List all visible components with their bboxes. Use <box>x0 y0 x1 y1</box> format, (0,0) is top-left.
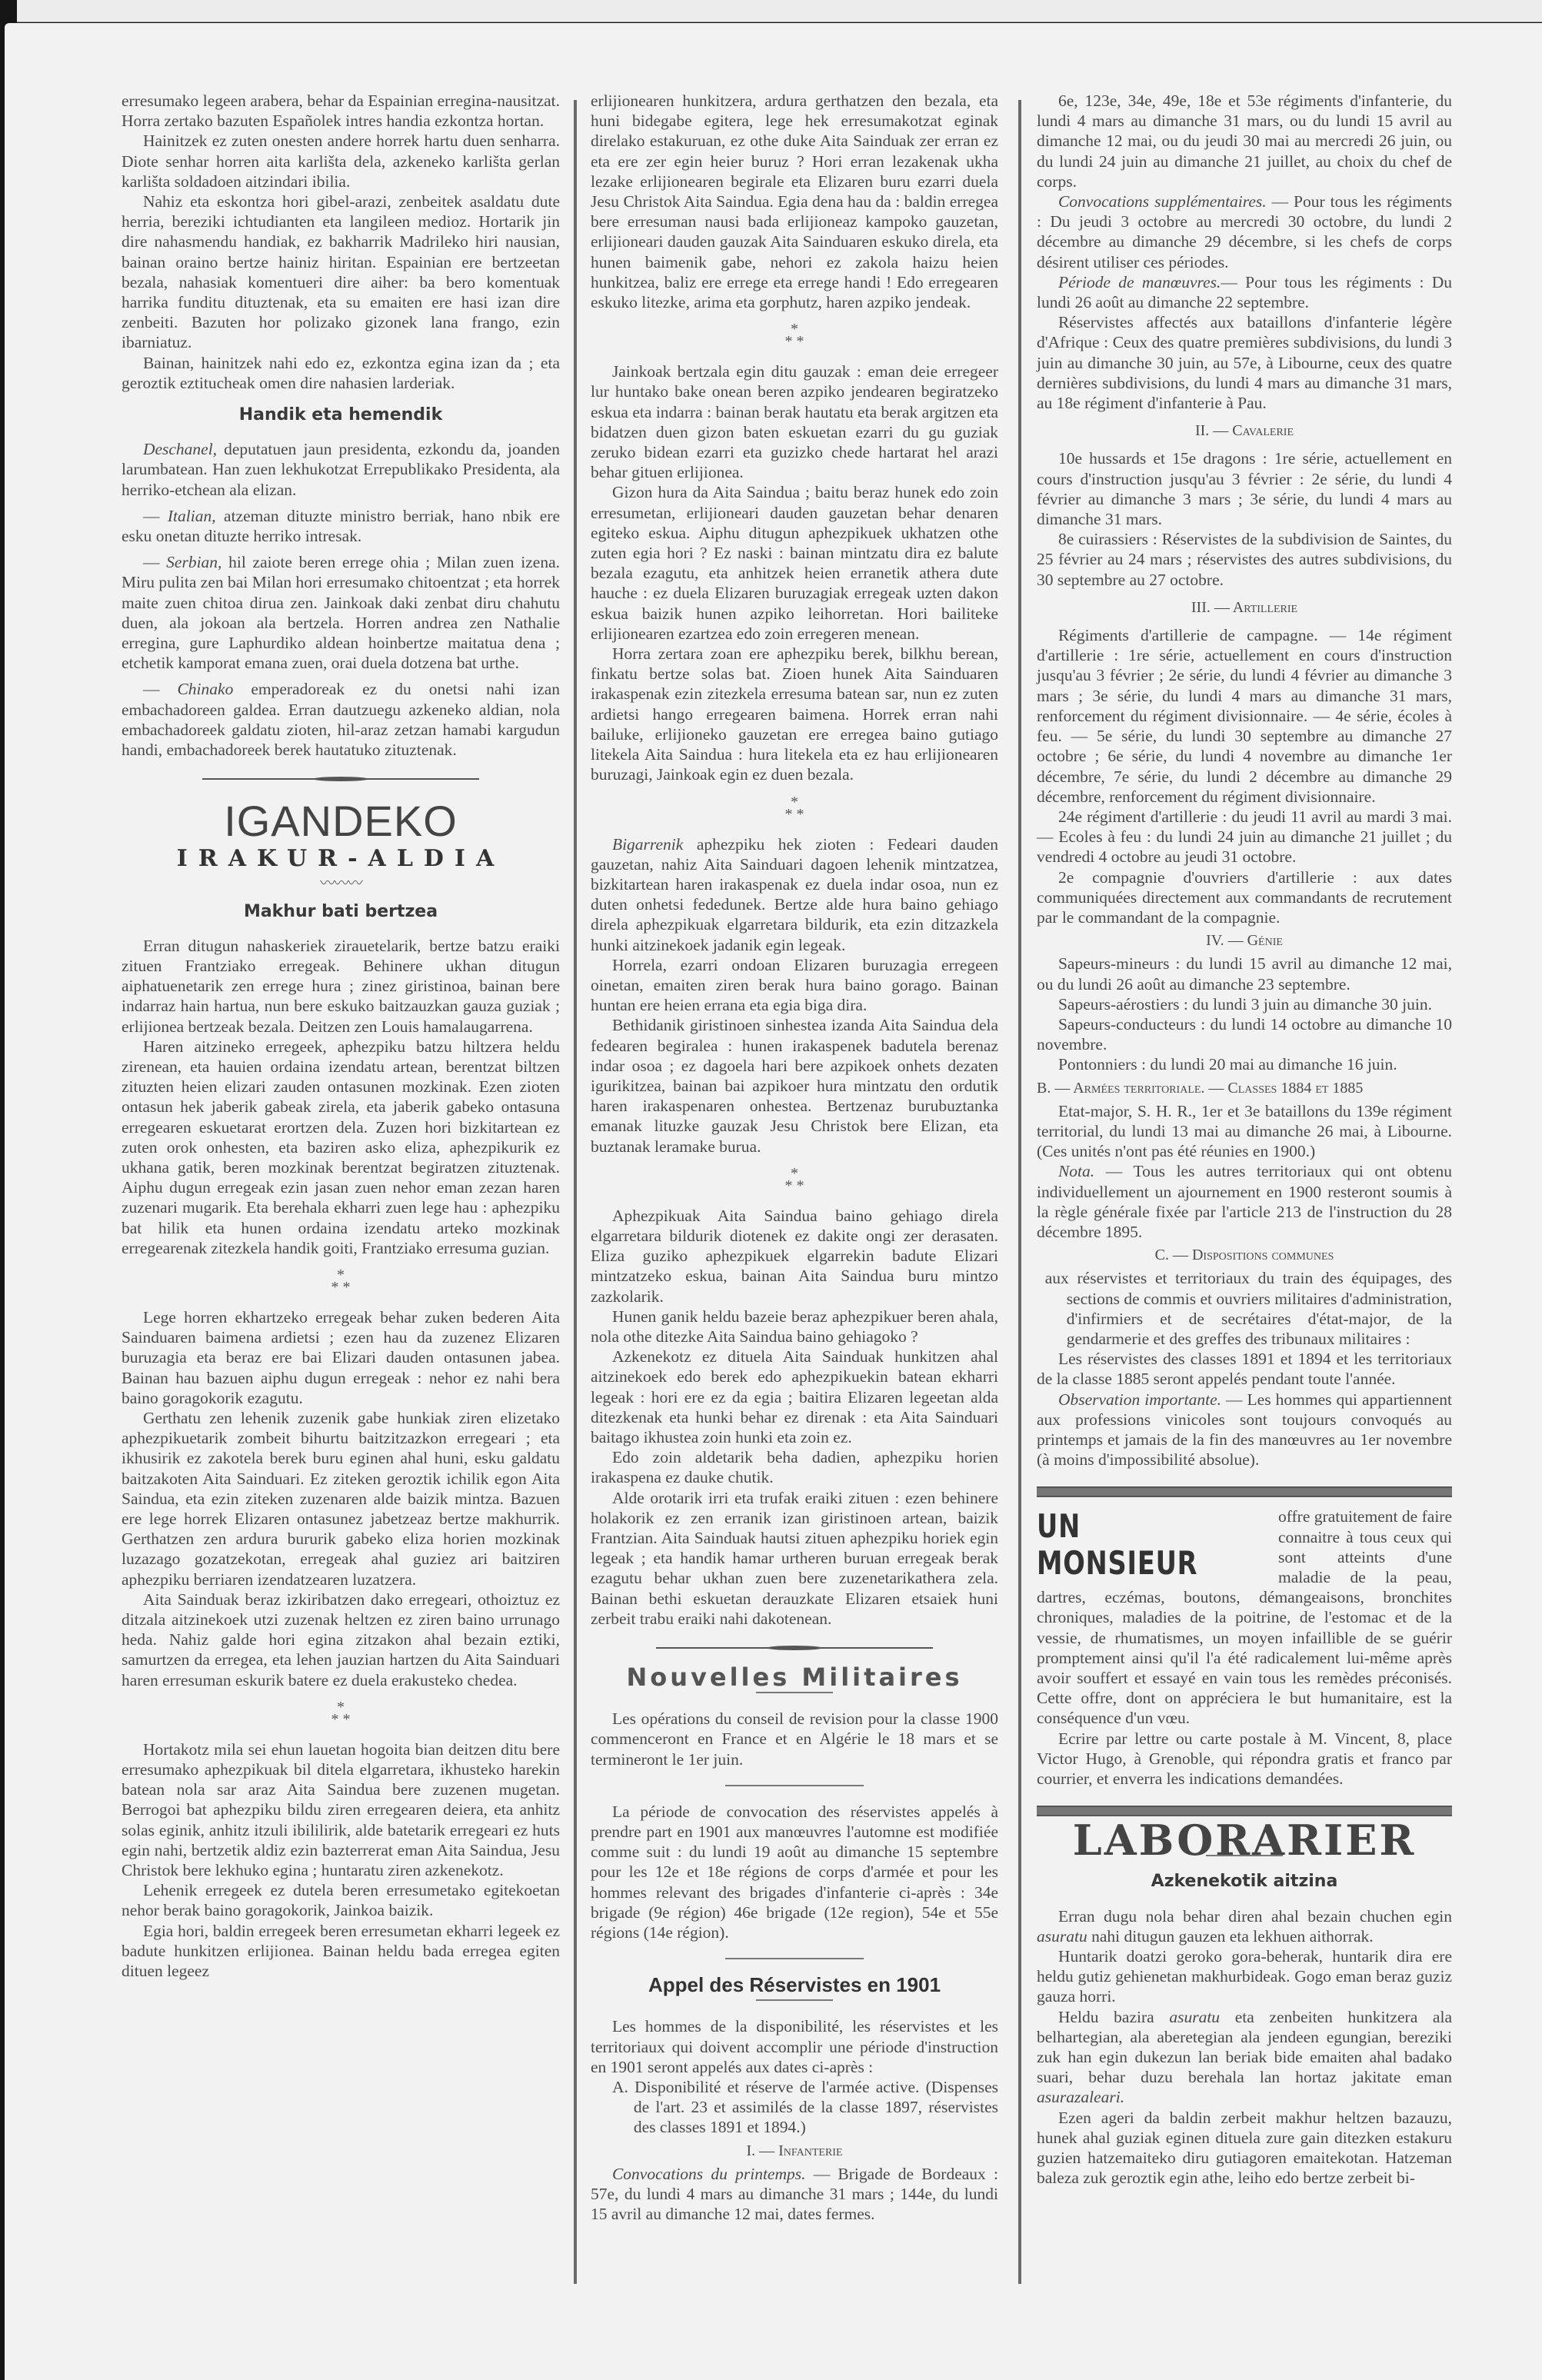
news-item: — Serbian, hil zaiote beren errege ohia … <box>122 552 560 673</box>
lead-phrase: Observation importante. <box>1058 1390 1221 1409</box>
wave-ornament: 〰〰〰 <box>122 877 560 890</box>
paragraph: Sapeurs-mineurs : du lundi 15 avril au d… <box>1037 954 1452 994</box>
paragraph: Ezen ageri da baldin zerbeit makhur helt… <box>1037 2108 1452 2189</box>
paragraph: Convocations du printemps. — Brigade de … <box>591 2164 998 2225</box>
divider <box>756 1999 833 2001</box>
paragraph: Horra zertara zoan ere aphezpiku berek, … <box>591 644 998 784</box>
lead-phrase: Période de manœuvres. <box>1058 273 1221 291</box>
paragraph: Hainitzek ez zuten onesten andere horrek… <box>122 131 560 191</box>
advert-contact: Ecrire par lettre ou carte postale à M. … <box>1037 1729 1452 1789</box>
paragraph: Edo zoin aldetarik beha dadien, aphezpik… <box>591 1447 998 1487</box>
section-heading: B. — Armées territoriale. — Classes 1884… <box>1037 1078 1452 1098</box>
paragraph: erlijionearen hunkitzera, ardura gerthat… <box>591 91 998 312</box>
appel-title: Appel des Réservistes en 1901 <box>591 1975 998 1995</box>
lead-phrase: Convocations du printemps. <box>612 2165 806 2183</box>
paragraph: Sapeurs-conducteurs : du lundi 14 octobr… <box>1037 1014 1452 1054</box>
paragraph: Les opérations du conseil de revision po… <box>591 1709 998 1769</box>
section-heading: C. — Dispositions communes <box>1037 1245 1452 1265</box>
laborarier-subtitle: Azkenekotik aitzina <box>1037 1872 1452 1892</box>
news-lead: Chinako <box>177 680 233 698</box>
paragraph: Haren aitzineko erregeek, aphezpiku batz… <box>122 1037 560 1258</box>
news-lead: Italian, <box>168 507 216 525</box>
paragraph: Convocations supplémentaires. — Pour tou… <box>1037 191 1452 272</box>
paragraph: Observation importante. — Les hommes qui… <box>1037 1390 1452 1470</box>
paragraph: Réservistes affectés aux bataillons d'in… <box>1037 312 1452 413</box>
section-heading: I. — Infanterie <box>591 2141 998 2161</box>
paragraph: Aita Sainduak beraz izkiribatzen dako er… <box>122 1589 560 1690</box>
asterism-icon: ** * <box>122 1269 560 1293</box>
paragraph: Hunen ganik heldu bazeie beraz aphezpiku… <box>591 1307 998 1346</box>
paragraph: Pontonniers : du lundi 20 mai au dimanch… <box>1037 1054 1452 1074</box>
paragraph: Huntarik doatzi geroko gora-beherak, hun… <box>1037 1946 1452 2007</box>
emphasis: asuratu <box>1169 2008 1220 2026</box>
text: Erran dugu nola behar diren ahal bezain … <box>1058 1907 1452 1926</box>
paragraph: Hortakotz mila sei ehun lauetan hogoita … <box>122 1739 560 1880</box>
article-title: Makhur bati bertzea <box>122 902 560 922</box>
paragraph: Sapeurs-aérostiers : du lundi 3 juin au … <box>1037 994 1452 1014</box>
text: Heldu bazira <box>1058 2008 1169 2026</box>
paragraph: 24e régiment d'artillerie : du jeudi 11 … <box>1037 807 1452 867</box>
column-1: erresumako legeen arabera, behar da Espa… <box>122 91 560 1981</box>
lead-phrase: Nota. <box>1058 1162 1094 1180</box>
paragraph: Etat-major, S. H. R., 1er et 3e bataillo… <box>1037 1101 1452 1162</box>
news-lead: Deschanel, <box>143 440 217 458</box>
paragraph-text: — Tous les autres territoriaux qui ont o… <box>1037 1162 1452 1241</box>
lead-phrase: Convocations supplémentaires. <box>1058 192 1267 211</box>
paragraph: Bainan, hainitzek nahi edo ez, ezkontza … <box>122 353 560 393</box>
paragraph: Régiments d'artillerie de campagne. — 14… <box>1037 625 1452 807</box>
divider <box>725 1958 864 1959</box>
ornament-rule <box>656 1646 933 1650</box>
news-lead: Serbian, <box>166 553 221 571</box>
feature-title: IGANDEKO <box>122 798 560 844</box>
news-item: Deschanel, deputatuen jaun presidenta, e… <box>122 439 560 500</box>
emphasis: asurazaleari. <box>1037 2088 1124 2106</box>
column-2: erlijionearen hunkitzera, ardura gerthat… <box>591 91 998 2224</box>
paragraph: Gerthatu zen lehenik zuzenik gabe hunkia… <box>122 1408 560 1589</box>
column-divider <box>574 100 577 2284</box>
section-title: Handik eta hemendik <box>122 405 560 425</box>
advertisement: UN MONSIEUR offre gratuitement de faire … <box>1037 1506 1452 1789</box>
advert-divider <box>1037 1806 1452 1816</box>
lead-word: Bigarrenik <box>612 835 683 854</box>
paragraph: Bethidanik giristinoen sinhestea izanda … <box>591 1015 998 1156</box>
paragraph: Alde orotarik irri eta trufak eraiki zit… <box>591 1488 998 1629</box>
section-heading: III. — Artillerie <box>1037 597 1452 617</box>
paragraph: Gizon hura da Aita Saindua ; baitu beraz… <box>591 482 998 644</box>
news-item: — Chinako emperadoreak ez du onetsi nahi… <box>122 679 560 760</box>
news-item: — Italian, atzeman dituzte ministro berr… <box>122 506 560 546</box>
column-divider <box>1018 100 1021 2284</box>
paragraph: erresumako legeen arabera, behar da Espa… <box>122 91 560 131</box>
asterism-icon: ** * <box>591 1167 998 1192</box>
paragraph: Jainkoak bertzala egin ditu gauzak : ema… <box>591 361 998 482</box>
paragraph: 2e compagnie d'ouvriers d'artillerie : a… <box>1037 867 1452 928</box>
section-heading: II. — Cavalerie <box>1037 421 1452 441</box>
paragraph: Nota. — Tous les autres territoriaux qui… <box>1037 1161 1452 1242</box>
paragraph: Période de manœuvres.— Pour tous les rég… <box>1037 272 1452 312</box>
divider <box>725 1785 864 1786</box>
paragraph: Bigarrenik aphezpiku hek zioten : Fedear… <box>591 834 998 955</box>
paragraph: 10e hussards et 15e dragons : 1re série,… <box>1037 448 1452 529</box>
asterism-icon: ** * <box>591 323 998 348</box>
military-news-title: Nouvelles Militaires <box>591 1667 998 1687</box>
column-3: 6e, 123e, 34e, 49e, 18e et 53e régiments… <box>1037 91 1452 2189</box>
advert-divider <box>1037 1486 1452 1497</box>
paragraph: Heldu bazira asuratu eta zenbeiten hunki… <box>1037 2007 1452 2108</box>
paragraph: Azkenekotz ez dituela Aita Sainduak hunk… <box>591 1346 998 1447</box>
paragraph: Les hommes de la disponibilité, les rése… <box>591 2016 998 2077</box>
ornament-rule <box>202 777 479 781</box>
paragraph: Lehenik erregeek ez dutela beren erresum… <box>122 1880 560 1920</box>
paragraph: A. Disponibilité et réserve de l'armée a… <box>591 2077 998 2138</box>
paragraph: Horrela, ezarri ondoan Elizaren buruzagi… <box>591 955 998 1016</box>
asterism-icon: ** * <box>591 796 998 821</box>
paragraph: Aphezpikuak Aita Saindua baino gehiago d… <box>591 1206 998 1307</box>
paragraph: Erran dugu nola behar diren ahal bezain … <box>1037 1906 1452 1946</box>
paragraph: Egia hori, baldin erregeek beren erresum… <box>122 1921 560 1982</box>
section-heading: IV. — Génie <box>1037 930 1452 950</box>
paragraph: Lege horren ekhartzeko erregeak behar zu… <box>122 1307 560 1408</box>
paragraph: Les réservistes des classes 1891 et 1894… <box>1037 1349 1452 1389</box>
advert-headline: UN MONSIEUR <box>1037 1508 1221 1582</box>
paragraph: 8e cuirassiers : Réservistes de la subdi… <box>1037 529 1452 590</box>
paragraph: aux réservistes et territoriaux du train… <box>1037 1268 1452 1349</box>
paragraph: La période de convocation des réserviste… <box>591 1802 998 1942</box>
paragraph: 6e, 123e, 34e, 49e, 18e et 53e régiments… <box>1037 91 1452 191</box>
asterism-icon: ** * <box>122 1701 560 1726</box>
emphasis: asuratu <box>1037 1927 1087 1946</box>
feature-subtitle: IRAKUR-ALDIA <box>122 849 560 869</box>
paragraph: Nahiz eta eskontza hori gibel-arazi, zen… <box>122 191 560 353</box>
laborarier-title: LABORARIER <box>1037 1830 1452 1850</box>
paragraph: Erran ditugun nahaskeriek zirauetelarik,… <box>122 936 560 1037</box>
newspaper-page: erresumako legeen arabera, behar da Espa… <box>5 23 1542 2380</box>
text: nahi ditugun gauzen eta lekhuen aithorra… <box>1087 1927 1374 1946</box>
sheet-edge <box>17 0 1542 22</box>
divider <box>756 1692 833 1693</box>
